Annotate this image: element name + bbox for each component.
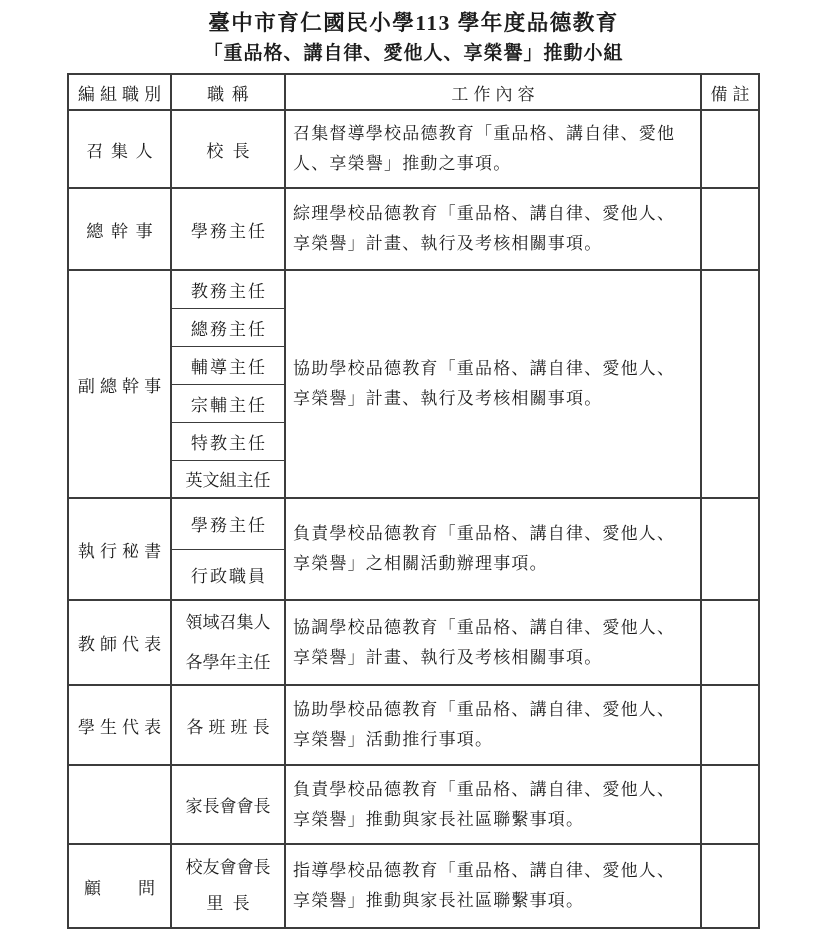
note-cell — [701, 765, 759, 844]
group-cell: 教師代表 — [68, 600, 171, 685]
group-cell: 總幹事 — [68, 188, 171, 270]
title-cell: 各班班長 — [171, 685, 285, 765]
group-cell: 召集人 — [68, 110, 171, 188]
page-header: 臺中市育仁國民小學113 學年度品德教育 「重品格、講自律、愛他人、享榮譽」推動… — [0, 0, 827, 66]
col-header-duty: 工作內容 — [285, 74, 701, 110]
title-cell: 英文組主任 — [171, 460, 285, 498]
duty-cell: 負責學校品德教育「重品格、講自律、愛他人、 享榮譽」之相關活動辦理事項。 — [285, 498, 701, 600]
title-line: 校友會會長 — [172, 850, 284, 886]
duty-cell: 協調學校品德教育「重品格、講自律、愛他人、 享榮譽」計畫、執行及考核相關事項。 — [285, 600, 701, 685]
title-cell: 校長 — [171, 110, 285, 188]
table-row-director-general: 總幹事 學務主任 綜理學校品德教育「重品格、講自律、愛他人、 享榮譽」計畫、執行… — [68, 188, 759, 270]
table-row-student-reps: 學生代表 各班班長 協助學校品德教育「重品格、講自律、愛他人、 享榮譽」活動推行… — [68, 685, 759, 765]
note-cell — [701, 844, 759, 928]
duty-cell: 指導學校品德教育「重品格、講自律、愛他人、 享榮譽」推動與家長社區聯繫事項。 — [285, 844, 701, 928]
group-cell: 顧問 — [68, 844, 171, 928]
title-cell: 學務主任 — [171, 498, 285, 549]
title-line: 各學年主任 — [172, 643, 284, 683]
note-cell — [701, 110, 759, 188]
duty-cell: 召集督導學校品德教育「重品格、講自律、愛他 人、享榮譽」推動之事項。 — [285, 110, 701, 188]
page-title: 臺中市育仁國民小學113 學年度品德教育 — [0, 9, 827, 37]
group-cell: 執行秘書 — [68, 498, 171, 600]
group-cell: 學生代表 — [68, 685, 171, 765]
committee-table: 編組職別 職稱 工作內容 備註 召集人 校長 召集督導學校品德教育「重品格、講自… — [67, 73, 760, 929]
title-cell: 行政職員 — [171, 549, 285, 600]
table-row-convener: 召集人 校長 召集督導學校品德教育「重品格、講自律、愛他 人、享榮譽」推動之事項… — [68, 110, 759, 188]
table-row-deputy-director: 副總幹事 教務主任 協助學校品德教育「重品格、講自律、愛他人、 享榮譽」計畫、執… — [68, 270, 759, 308]
note-cell — [701, 685, 759, 765]
col-header-note: 備註 — [701, 74, 759, 110]
duty-cell: 綜理學校品德教育「重品格、講自律、愛他人、 享榮譽」計畫、執行及考核相關事項。 — [285, 188, 701, 270]
col-header-title: 職稱 — [171, 74, 285, 110]
title-cell: 輔導主任 — [171, 346, 285, 384]
title-cell: 教務主任 — [171, 270, 285, 308]
col-header-group: 編組職別 — [68, 74, 171, 110]
note-cell — [701, 270, 759, 498]
table-row-advisors: 顧問 校友會會長 里長 指導學校品德教育「重品格、講自律、愛他人、 享榮譽」推動… — [68, 844, 759, 928]
title-cell: 領域召集人 各學年主任 — [171, 600, 285, 685]
title-cell: 特教主任 — [171, 422, 285, 460]
table-row-executive-secretary: 執行秘書 學務主任 負責學校品德教育「重品格、講自律、愛他人、 享榮譽」之相關活… — [68, 498, 759, 549]
note-cell — [701, 498, 759, 600]
header-row: 編組職別 職稱 工作內容 備註 — [68, 74, 759, 110]
table-row-teacher-reps: 教師代表 領域召集人 各學年主任 協調學校品德教育「重品格、講自律、愛他人、 享… — [68, 600, 759, 685]
duty-cell: 協助學校品德教育「重品格、講自律、愛他人、 享榮譽」計畫、執行及考核相關事項。 — [285, 270, 701, 498]
title-cell: 宗輔主任 — [171, 384, 285, 422]
title-cell: 家長會會長 — [171, 765, 285, 844]
title-cell: 校友會會長 里長 — [171, 844, 285, 928]
title-cell: 學務主任 — [171, 188, 285, 270]
group-cell — [68, 765, 171, 844]
table-row-parent-assoc: 家長會會長 負責學校品德教育「重品格、講自律、愛他人、 享榮譽」推動與家長社區聯… — [68, 765, 759, 844]
title-cell: 總務主任 — [171, 308, 285, 346]
title-line: 領域召集人 — [172, 603, 284, 643]
group-cell: 副總幹事 — [68, 270, 171, 498]
duty-cell: 協助學校品德教育「重品格、講自律、愛他人、 享榮譽」活動推行事項。 — [285, 685, 701, 765]
duty-cell: 負責學校品德教育「重品格、講自律、愛他人、 享榮譽」推動與家長社區聯繫事項。 — [285, 765, 701, 844]
note-cell — [701, 600, 759, 685]
page-subtitle: 「重品格、講自律、愛他人、享榮譽」推動小組 — [0, 42, 827, 66]
title-line: 里長 — [172, 886, 284, 922]
note-cell — [701, 188, 759, 270]
